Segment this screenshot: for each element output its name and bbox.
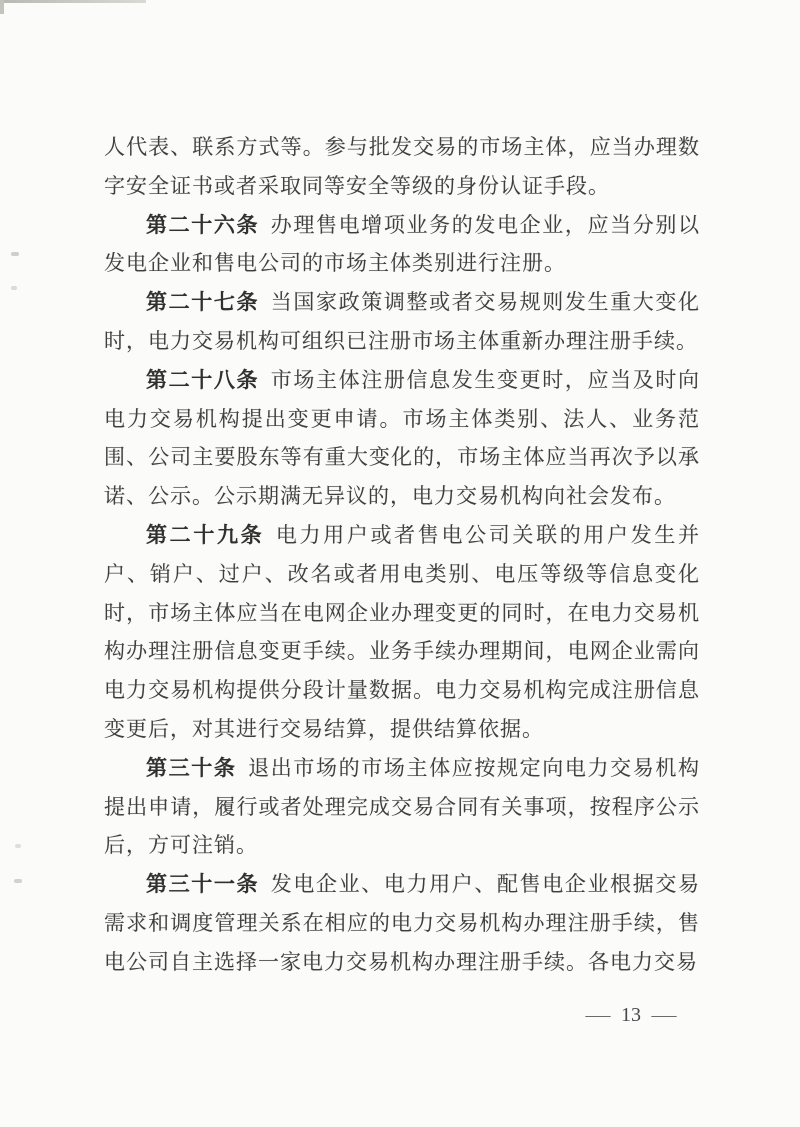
footer-dash-left: —	[586, 1004, 611, 1027]
paragraph-article-31: 第三十一条发电企业、电力用户、配售电企业根据交易需求和调度管理关系在相应的电力交…	[104, 865, 700, 981]
document-body: 人代表、联系方式等。参与批发交易的市场主体，应当办理数字安全证书或者采取同等安全…	[104, 128, 700, 982]
paragraph-text: 电力用户或者售电公司关联的用户发生并户、销户、过户、改名或者用电类别、电压等级等…	[104, 523, 700, 741]
footer-dash-right: —	[652, 1004, 677, 1027]
paragraph-article-26: 第二十六条办理售电增项业务的发电企业，应当分别以发电企业和售电公司的市场主体类别…	[104, 206, 700, 284]
article-number: 第二十七条	[146, 290, 259, 314]
scan-speck	[15, 844, 21, 848]
paragraph-continuation: 人代表、联系方式等。参与批发交易的市场主体，应当办理数字安全证书或者采取同等安全…	[104, 128, 700, 206]
article-number: 第三十一条	[146, 872, 259, 896]
scan-edge-artifact	[0, 0, 146, 3]
paragraph-text: 人代表、联系方式等。参与批发交易的市场主体，应当办理数字安全证书或者采取同等安全…	[104, 135, 700, 198]
scan-edge-artifact	[0, 0, 4, 14]
page-number: 13	[621, 1004, 641, 1027]
scan-speck	[11, 286, 17, 290]
article-number: 第二十九条	[146, 523, 264, 547]
article-number: 第二十六条	[146, 213, 259, 237]
article-number: 第三十条	[146, 756, 237, 780]
scan-speck	[11, 252, 19, 256]
page-footer: — 13 —	[588, 1004, 674, 1027]
scan-speck	[14, 879, 22, 883]
article-number: 第二十八条	[146, 368, 259, 392]
paragraph-article-28: 第二十八条市场主体注册信息发生变更时，应当及时向电力交易机构提出变更申请。市场主…	[104, 361, 700, 516]
paragraph-article-30: 第三十条退出市场的市场主体应按规定向电力交易机构提出申请，履行或者处理完成交易合…	[104, 749, 700, 865]
document-page: 人代表、联系方式等。参与批发交易的市场主体，应当办理数字安全证书或者采取同等安全…	[0, 0, 800, 1127]
paragraph-article-29: 第二十九条电力用户或者售电公司关联的用户发生并户、销户、过户、改名或者用电类别、…	[104, 516, 700, 749]
paragraph-article-27: 第二十七条当国家政策调整或者交易规则发生重大变化时，电力交易机构可组织已注册市场…	[104, 283, 700, 361]
